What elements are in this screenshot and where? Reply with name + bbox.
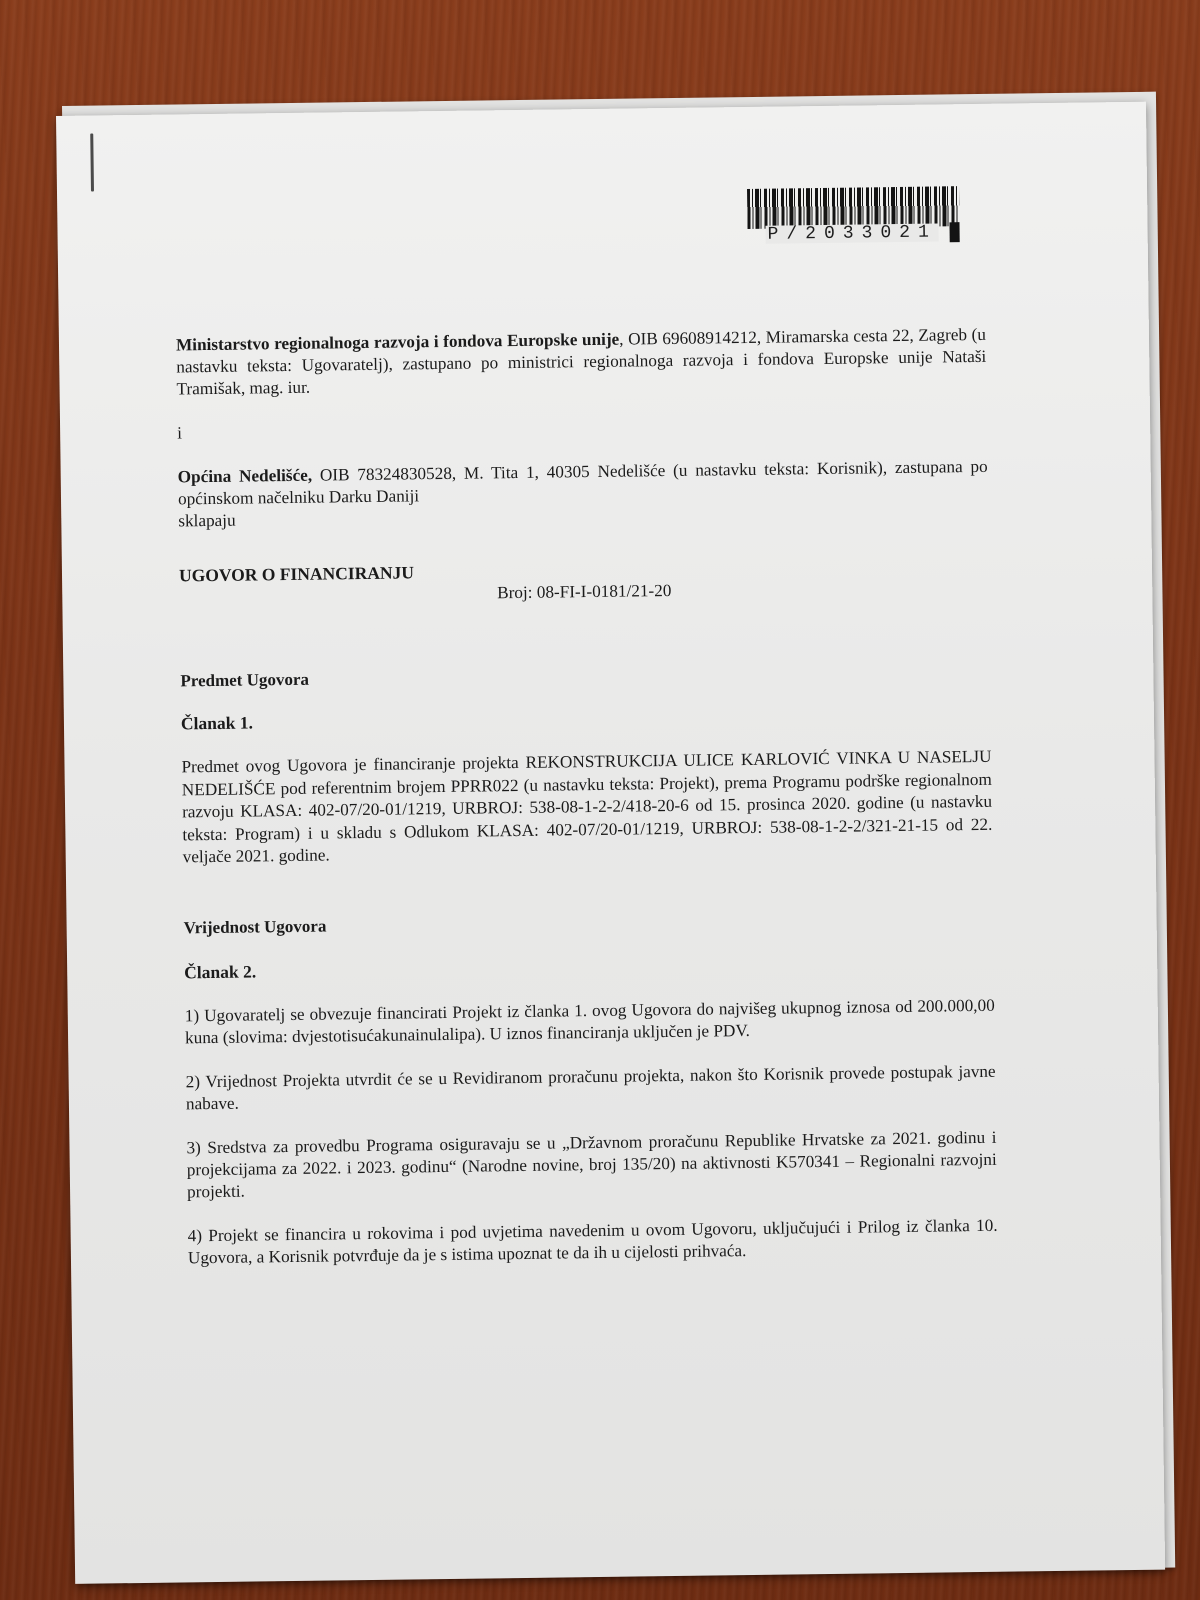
article-2-paragraph-1: 1) Ugovaratelj se obvezuje financirati P… — [185, 995, 996, 1050]
party-1: Ministarstvo regionalnoga razvoja i fond… — [176, 324, 987, 401]
article-2-paragraph-2: 2) Vrijednost Projekta utvrdit će se u R… — [186, 1061, 997, 1116]
document-page: P/2033021 Ministarstvo regionalnoga razv… — [56, 102, 1165, 1584]
margin-mark — [90, 134, 94, 192]
section-heading-value: Vrijednost Ugovora — [184, 907, 994, 940]
article-2-title: Članak 2. — [184, 951, 994, 984]
party-1-name: Ministarstvo regionalnoga razvoja i fond… — [176, 330, 619, 355]
barcode: P/2033021 — [747, 186, 960, 245]
article-1-title: Članak 1. — [181, 702, 991, 735]
document-body: Ministarstvo regionalnoga razvoja i fond… — [176, 324, 998, 1269]
barcode-edge — [949, 222, 959, 242]
party-2-name: Općina Nedelišće, — [178, 466, 313, 487]
article-2-paragraph-3: 3) Sredstva za provedbu Programa osigura… — [186, 1127, 997, 1204]
article-1-paragraph: Predmet ovog Ugovora je financiranje pro… — [181, 746, 992, 870]
section-heading-subject: Predmet Ugovora — [180, 660, 990, 693]
conjunction: i — [177, 412, 987, 445]
barcode-number: P/2033021 — [765, 223, 938, 243]
article-2-paragraph-4: 4) Projekt se financira u rokovima i pod… — [188, 1215, 999, 1270]
